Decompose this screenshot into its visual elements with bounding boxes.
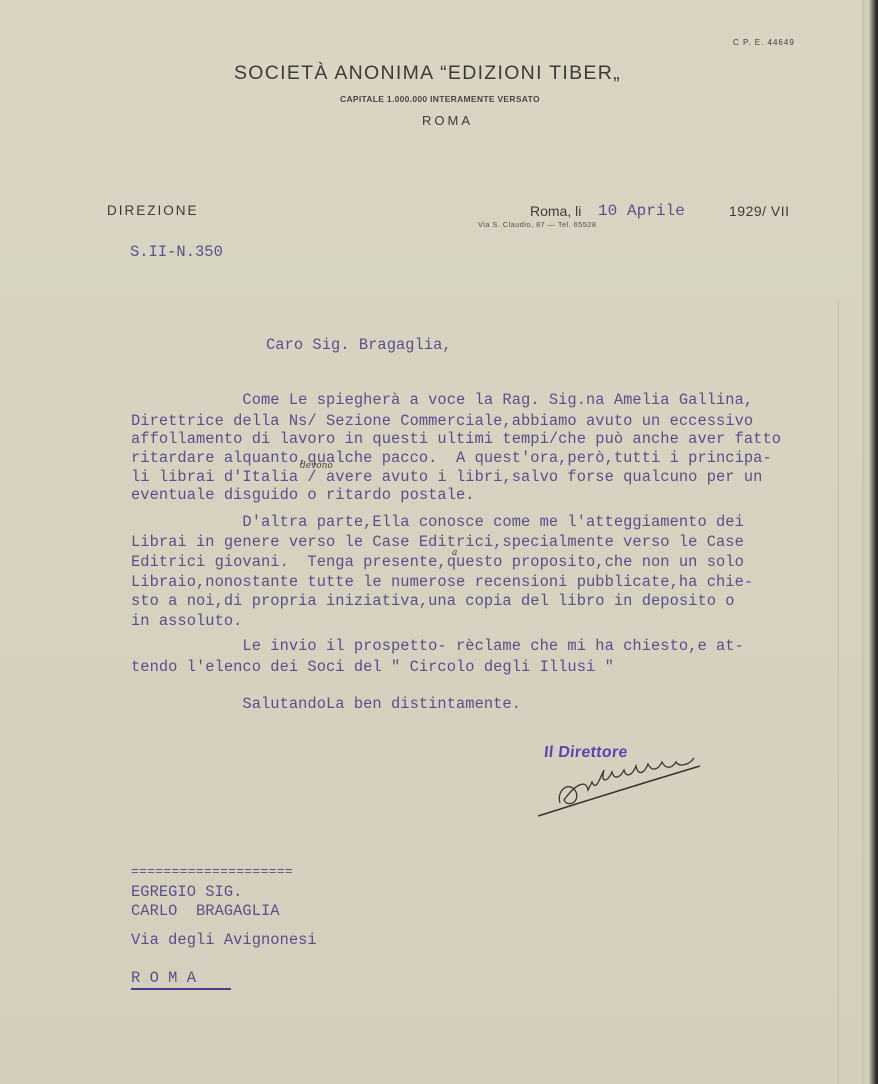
letter-page: C P. E. 44649 SOCIETÀ ANONIMA “EDIZIONI … [0,0,862,1084]
salutation: Caro Sig. Bragaglia, [266,336,452,354]
body-line: eventuale disguido o ritardo postale. [131,486,475,504]
closing: SalutandoLa ben distintamente. [131,695,521,713]
body-line: tendo l'elenco dei Soci del " Circolo de… [131,658,614,676]
body-line: Libraio,nonostante tutte le numerose rec… [131,573,753,591]
place-prefix: Roma, li [530,203,581,219]
recipient-street: Via degli Avignonesi [131,931,317,949]
signature-icon [530,748,710,828]
body-line: sto a noi,di propria iniziativa,una copi… [131,592,735,610]
body-line: li librai d'Italia / avere avuto i libri… [131,468,762,486]
body-line: Direttrice della Ns/ Sezione Commerciale… [131,412,753,430]
body-line: affollamento di lavoro in questi ultimi … [131,430,781,448]
body-line: Le invio il prospetto- rèclame che mi ha… [131,637,744,655]
company-address: Via S. Claudio, 87 — Tel. 65528 [478,220,596,229]
letter-year: 1929/ VII [729,203,790,219]
body-line: Editrici giovani. Tenga presente,questo … [131,553,744,571]
recipient-city: R O M A [131,969,196,987]
handwritten-insertion: a [452,548,457,558]
body-line: in assoluto. [131,612,242,630]
reference-code: C P. E. 44649 [733,38,795,47]
body-line: D'altra parte,Ella conosce come me l'att… [131,513,744,531]
company-name: SOCIETÀ ANONIMA “EDIZIONI TIBER„ [234,62,621,85]
body-line: ritardare alquanto,qualche pacco. A ques… [131,449,772,467]
body-line: Come Le spiegherà a voce la Rag. Sig.na … [131,391,753,409]
capital-line: CAPITALE 1.000.000 INTERAMENTE VERSATO [340,94,540,104]
separator-line: ==================== [131,864,293,879]
recipient-name: CARLO BRAGAGLIA [131,902,280,920]
city-underline [131,988,231,990]
department-label: DIREZIONE [107,203,199,218]
recipient-line: EGREGIO SIG. [131,883,242,901]
paper-fold [838,300,839,1084]
letterhead-city: ROMA [422,113,473,128]
page-edge [862,0,878,1084]
body-line: Librai in genere verso le Case Editrici,… [131,533,744,551]
protocol-number: S.II-N.350 [130,243,223,261]
letter-date: 10 Aprile [598,202,685,220]
handwritten-insertion: devono [300,461,333,471]
